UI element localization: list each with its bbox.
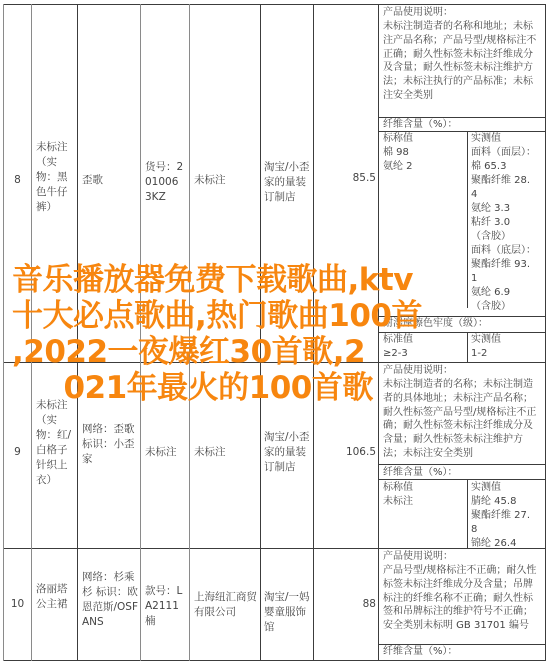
row-8-measured-value: 面料（底层）： [471,244,543,258]
row-9-nominal-title: 标称值 [383,481,463,495]
row-10-brand: 网络：杉乘杉 标识：欧恩范斯/OSFANS [82,570,138,630]
row-10-seller: 淘宝/一妈婴童服饰馆 [264,590,312,635]
row-8-measured-value: 粘纤 3.0 [471,216,543,230]
row-8-measured-value: 聚酯纤维 28.4 [471,174,533,202]
row-8-nominal-title: 标称值 [383,132,463,146]
row-8-measured-value: 聚酯纤维 93.1 [471,258,533,286]
row-8-usage-text: 未标注制造者的名称和地址；未标注产品名称；产品号型/规格标注不正确；耐久性标签未… [383,20,541,103]
table-bottom-border [3,660,545,661]
col-divider [77,4,78,661]
row-8-color-nominal-title: 标准值 [383,333,463,347]
row-10-usage-title: 产品使用说明： [383,550,541,564]
sub-col-divider [467,131,468,308]
row-8-color-nominal-value: ≥2-3 [383,347,463,361]
row-9-manufacturer: 未标注 [194,442,258,462]
row-9-brand: 网络：歪歌 标识：小歪家 [82,422,138,467]
col-divider [140,4,141,661]
row-8-measured-value: （含胶） [471,230,543,244]
row-8-model: 货号：2010063KZ [145,160,185,205]
row-9-model: 未标注 [145,442,187,462]
sub-col-divider [467,332,468,362]
row-9-fiber-title: 纤维含量（%）： [383,466,541,480]
row-8-measured-title: 实测值 [471,132,543,146]
row-10-label: 洛丽塔公主裙 [36,582,74,612]
sub-divider [378,479,545,480]
col-divider [31,4,32,661]
row-8-color-measured-value: 1-2 [471,347,543,361]
row-9-label: 未标注（实物：红/白格子针织上衣） [36,398,74,488]
row-8-measured-value: 面料（面层）： [471,146,543,160]
row-8-price: 85.5 [314,168,376,188]
row-divider-8-9 [3,362,545,363]
row-8-number: 8 [4,160,31,200]
col-divider [260,4,261,661]
sub-divider [378,464,545,465]
row-10-usage-text: 产品号型/规格标注不正确；耐久性标签未标注纤维成分及含量；吊牌标注的纤维名称不正… [383,564,541,633]
row-9-usage-title: 产品使用说明： [383,364,541,378]
table-left-border [3,4,4,661]
sub-col-divider [467,479,468,548]
row-10-model: 款号：LA2111楠 [145,584,187,629]
row-10-number: 10 [4,594,31,614]
row-8-measured-value: （含胶） [471,300,543,314]
row-10-manufacturer: 上海纽汇商贸有限公司 [194,590,258,620]
row-8-label: 未标注（实物：黑色牛仔裤） [36,140,74,215]
row-divider-9-10 [3,548,545,549]
row-8-seller: 淘宝/小歪家的量装订制店 [264,160,310,205]
table-top-border [3,4,545,5]
row-8-nominal-1: 棉 98 [383,146,463,160]
row-9-number: 9 [4,442,31,462]
row-10-fiber-title: 纤维含量（%）： [383,645,541,659]
row-9-seller: 淘宝/小歪家的量装订制店 [264,430,310,475]
row-9-measured-value: 锦纶 26.4 [471,537,543,551]
document-page: 8 未标注（实物：黑色牛仔裤） 歪歌 货号：2010063KZ 未标注 淘宝/小… [0,0,550,664]
row-8-measured-value: 氨纶 3.3 [471,202,543,216]
row-8-usage-title: 产品使用说明： [383,6,541,20]
row-8-measured-value: 氨纶 6.9 [471,286,543,300]
row-8-color-measured-title: 实测值 [471,333,543,347]
row-8-fiber-title: 纤维含量（%）： [383,118,541,132]
col-divider [313,4,314,661]
row-9-nominal-1: 未标注 [383,495,463,509]
row-9-measured-value: 腈纶 45.8 [471,495,543,509]
row-8-brand: 歪歌 [82,160,138,200]
row-8-color-title: 耐湿摩擦色牢度（级）： [383,317,541,331]
col-divider [189,4,190,661]
row-9-price: 106.5 [314,442,376,462]
row-9-measured-title: 实测值 [471,481,543,495]
row-9-usage-text: 未标注制造者的名称；未标注制造者的具体地址；未标注产品名称；耐久性标签产品号型/… [383,378,541,461]
row-10-price: 88 [314,594,376,614]
row-9-measured-value: 聚酯纤维 27.8 [471,509,533,537]
table-right-border [545,4,546,661]
row-8-measured-value: 棉 65.3 [471,160,543,174]
row-8-nominal-2: 氨纶 2 [383,160,463,174]
row-8-manufacturer: 未标注 [194,160,258,200]
